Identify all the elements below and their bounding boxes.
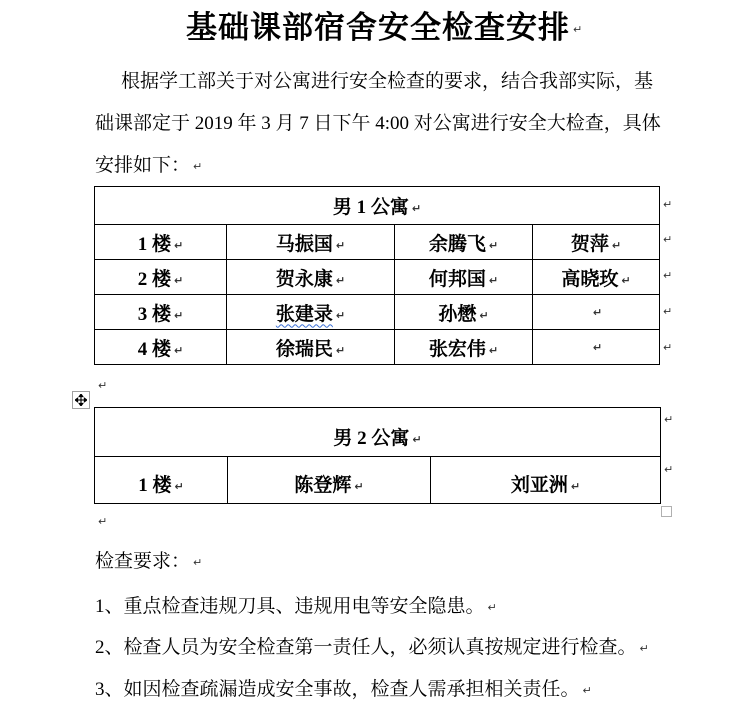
cell-end-mark-icon: ↵ (593, 341, 602, 354)
table1-header-cell[interactable]: 男 1 公寓↵ (95, 187, 660, 225)
paragraph-mark-icon: ↵ (98, 380, 107, 392)
cell-end-mark-icon: ↵ (621, 274, 630, 287)
table1-cell-r2c4[interactable]: 高晓玫↵ (533, 260, 660, 295)
requirement-item-1[interactable]: 1、重点检查违规刀具、违规用电等安全隐患。↵ (95, 594, 497, 621)
spellcheck-underlined-text: 张建录 (276, 304, 333, 325)
cell-end-mark-icon: ↵ (412, 202, 421, 215)
table1-cell-r4c2[interactable]: 徐瑞民↵ (227, 330, 395, 365)
table1-cell-r1c4[interactable]: 贺萍↵ (533, 225, 660, 260)
table1-cell-r3c2[interactable]: 张建录↵ (227, 295, 395, 330)
document-page: 基础课部宿舍安全检查安排 ↵ 根据学工部关于对公寓进行安全检查的要求，结合我部实… (0, 0, 756, 724)
table1-cell-r2c2[interactable]: 贺永康↵ (227, 260, 395, 295)
table-apartment-1: 男 1 公寓↵ 1 楼↵ 马振国↵ 余腾飞↵ 贺萍↵ 2 楼↵ 贺永康↵ 何邦国… (94, 186, 660, 365)
table2-cell-r1c3[interactable]: 刘亚洲↵ (431, 457, 661, 504)
requirement-item-2[interactable]: 2、检查人员为安全检查第一责任人，必须认真按规定进行检查。↵ (95, 635, 649, 662)
table-move-handle[interactable] (72, 391, 90, 409)
table1-cell-r2c3[interactable]: 何邦国↵ (395, 260, 533, 295)
move-arrows-icon (75, 394, 87, 406)
requirements-heading[interactable]: 检查要求：↵ (95, 549, 202, 576)
cell-end-mark-icon: ↵ (336, 239, 345, 252)
cell-end-mark-icon: ↵ (489, 274, 498, 287)
cell-end-mark-icon: ↵ (354, 480, 363, 493)
table1-cell-r4c3[interactable]: 张宏伟↵ (395, 330, 533, 365)
cell-end-mark-icon: ↵ (412, 433, 421, 446)
intro-line-3[interactable]: 安排如下：↵ (95, 153, 202, 180)
cell-end-mark-icon: ↵ (336, 344, 345, 357)
cell-end-mark-icon: ↵ (479, 309, 488, 322)
row-end-mark-icon: ↵ (663, 199, 672, 211)
cell-end-mark-icon: ↵ (174, 344, 183, 357)
paragraph-mark-icon: ↵ (98, 516, 107, 528)
paragraph-mark-icon: ↵ (488, 601, 497, 614)
cell-end-mark-icon: ↵ (489, 239, 498, 252)
row-end-mark-icon: ↵ (663, 306, 672, 318)
row-end-mark-icon: ↵ (663, 342, 672, 354)
table1-cell-r1c2[interactable]: 马振国↵ (227, 225, 395, 260)
cell-end-mark-icon: ↵ (174, 239, 183, 252)
row-end-mark-icon: ↵ (664, 414, 673, 426)
intro-line-2[interactable]: 础课部定于 2019 年 3 月 7 日下午 4:00 对公寓进行安全大检查，具… (95, 111, 661, 137)
row-end-mark-icon: ↵ (663, 234, 672, 246)
table1-cell-r4c1[interactable]: 4 楼↵ (95, 330, 227, 365)
paragraph-mark-icon: ↵ (193, 556, 202, 569)
table1-cell-r1c3[interactable]: 余腾飞↵ (395, 225, 533, 260)
table2-cell-r1c2[interactable]: 陈登辉↵ (228, 457, 431, 504)
row-end-mark-icon: ↵ (663, 270, 672, 282)
row-end-mark-icon: ↵ (664, 464, 673, 476)
paragraph-mark-icon: ↵ (573, 24, 582, 36)
table1-cell-r2c1[interactable]: 2 楼↵ (95, 260, 227, 295)
table1-cell-r3c4[interactable]: ↵ (533, 295, 660, 330)
requirement-item-3[interactable]: 3、如因检查疏漏造成安全事故，检查人需承担相关责任。↵ (95, 677, 592, 704)
table-apartment-2: 男 2 公寓↵ 1 楼↵ 陈登辉↵ 刘亚洲↵ (94, 407, 661, 504)
table1-cell-r3c1[interactable]: 3 楼↵ (95, 295, 227, 330)
paragraph-mark-icon: ↵ (640, 642, 649, 655)
cell-end-mark-icon: ↵ (336, 309, 345, 322)
paragraph-mark-icon: ↵ (193, 160, 202, 173)
cell-end-mark-icon: ↵ (336, 274, 345, 287)
doc-title[interactable]: 基础课部宿舍安全检查安排 (0, 8, 756, 48)
cell-end-mark-icon: ↵ (174, 274, 183, 287)
cell-end-mark-icon: ↵ (593, 306, 602, 319)
table-resize-handle[interactable] (661, 506, 672, 517)
cell-end-mark-icon: ↵ (612, 239, 621, 252)
cell-end-mark-icon: ↵ (174, 309, 183, 322)
table1-cell-r4c4[interactable]: ↵ (533, 330, 660, 365)
cell-end-mark-icon: ↵ (489, 344, 498, 357)
intro-line-1[interactable]: 根据学工部关于对公寓进行安全检查的要求，结合我部实际，基 (121, 69, 653, 95)
cell-end-mark-icon: ↵ (571, 480, 580, 493)
cell-end-mark-icon: ↵ (175, 480, 184, 493)
table2-header-cell[interactable]: 男 2 公寓↵ (95, 408, 661, 457)
paragraph-mark-icon: ↵ (583, 684, 592, 697)
table1-cell-r1c1[interactable]: 1 楼↵ (95, 225, 227, 260)
table1-cell-r3c3[interactable]: 孙懋↵ (395, 295, 533, 330)
table2-cell-r1c1[interactable]: 1 楼↵ (95, 457, 228, 504)
